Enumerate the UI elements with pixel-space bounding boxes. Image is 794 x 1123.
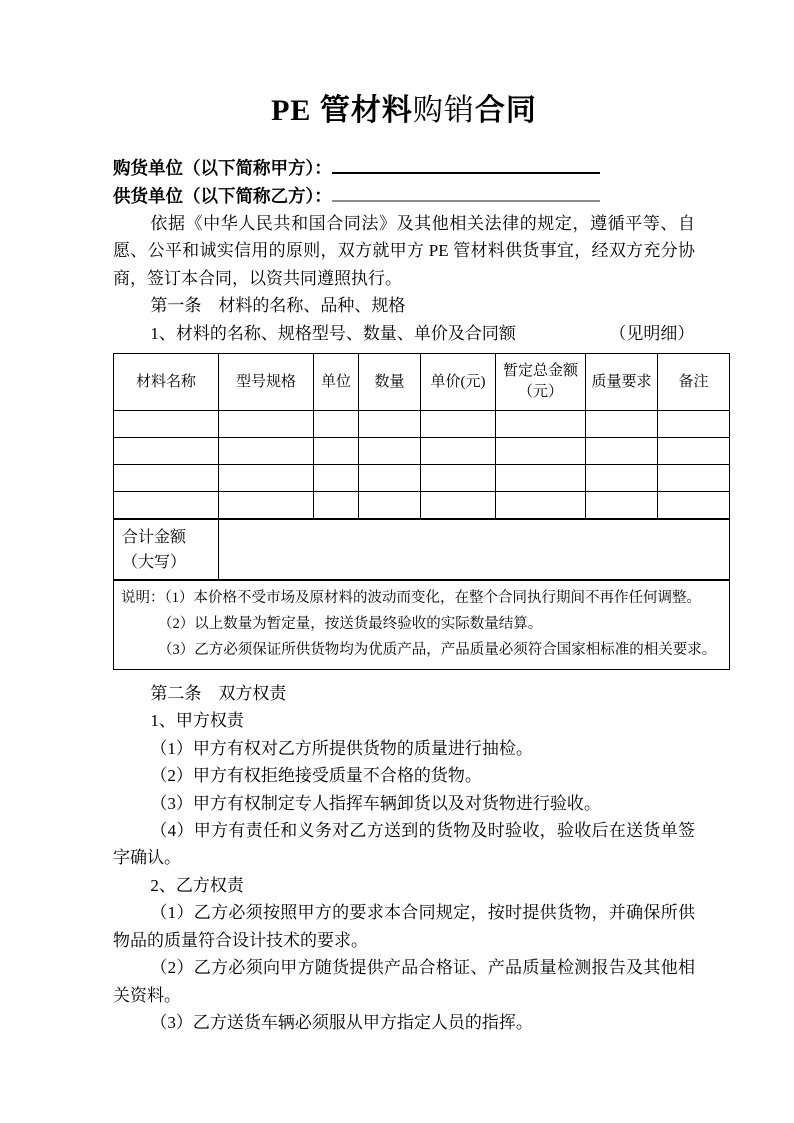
material-cell-blank[interactable]	[114, 492, 219, 520]
material-cell-blank[interactable]	[586, 411, 658, 438]
supplier-name-blank[interactable]	[332, 186, 600, 202]
material-cell-blank[interactable]	[219, 411, 314, 438]
table-notes-row: 说明：（1）本价格不受市场及原材料的波动而变化，在整个合同执行期间不再作任何调整…	[114, 580, 730, 670]
total-amount-row: 合计金额 （大写）	[114, 519, 730, 580]
material-cell-blank[interactable]	[114, 411, 219, 438]
title-part-light: 购销	[413, 94, 475, 127]
material-cell-blank[interactable]	[314, 492, 359, 520]
buyer-label: 购货单位（以下简称甲方）：	[113, 158, 332, 178]
section2-sub2-item: （2）乙方必须向甲方随货提供产品合格证、产品质量检测报告及其他相关资料。	[113, 954, 695, 1009]
material-cell-blank[interactable]	[114, 438, 219, 465]
section2-sub1-item: （4）甲方有责任和义务对乙方送到的货物及时验收，验收后在送货单签字确认。	[113, 817, 695, 872]
header-unit-price: 单价(元)	[421, 354, 496, 411]
section2: 第二条 双方权责 1、甲方权责 （1）甲方有权对乙方所提供货物的质量进行抽检。 …	[113, 680, 695, 1036]
materials-table: 材料名称 型号规格 单位 数量 单价(元) 暂定总金额 （元） 质量要求 备注	[113, 353, 730, 670]
material-cell-blank[interactable]	[219, 492, 314, 520]
section2-sub2-item: （3）乙方送货车辆必须服从甲方指定人员的指挥。	[113, 1009, 695, 1036]
header-unit: 单位	[314, 354, 359, 411]
table-row	[114, 492, 730, 520]
material-cell-blank[interactable]	[586, 438, 658, 465]
table-row	[114, 465, 730, 492]
material-cell-blank[interactable]	[421, 411, 496, 438]
material-cell-blank[interactable]	[314, 411, 359, 438]
material-cell-blank[interactable]	[658, 411, 730, 438]
preamble-paragraph: 依据《中华人民共和国合同法》及其他相关法律的规定，遵循平等、自愿、公平和诚实信用…	[113, 210, 695, 292]
material-cell-blank[interactable]	[421, 465, 496, 492]
material-cell-blank[interactable]	[314, 465, 359, 492]
material-cell-blank[interactable]	[586, 492, 658, 520]
header-remarks: 备注	[658, 354, 730, 411]
header-quantity: 数量	[359, 354, 421, 411]
material-cell-blank[interactable]	[359, 492, 421, 520]
material-cell-blank[interactable]	[421, 492, 496, 520]
contract-title: PE 管材料购销合同	[113, 90, 695, 132]
material-cell-blank[interactable]	[496, 438, 586, 465]
header-quality-requirement: 质量要求	[586, 354, 658, 411]
material-cell-blank[interactable]	[496, 465, 586, 492]
material-cell-blank[interactable]	[496, 411, 586, 438]
material-cell-blank[interactable]	[658, 492, 730, 520]
material-cell-blank[interactable]	[421, 438, 496, 465]
material-cell-blank[interactable]	[359, 411, 421, 438]
buyer-line: 购货单位（以下简称甲方）：	[113, 154, 695, 182]
header-material-name: 材料名称	[114, 354, 219, 411]
contract-page: PE 管材料购销合同 购货单位（以下简称甲方）： 供货单位（以下简称乙方）： 依…	[0, 0, 794, 1123]
material-cell-blank[interactable]	[219, 438, 314, 465]
supplier-line: 供货单位（以下简称乙方）：	[113, 182, 695, 210]
supplier-label: 供货单位（以下简称乙方）：	[113, 186, 332, 206]
material-cell-blank[interactable]	[658, 438, 730, 465]
section2-sub1-item: （3）甲方有权制定专人指挥车辆卸货以及对货物进行验收。	[113, 790, 695, 817]
note-2: （2）以上数量为暂定量，按送货最终验收的实际数量结算。	[121, 611, 723, 637]
header-provisional-total: 暂定总金额 （元）	[496, 354, 586, 411]
material-cell-blank[interactable]	[219, 465, 314, 492]
material-cell-blank[interactable]	[496, 492, 586, 520]
buyer-name-blank[interactable]	[332, 158, 600, 174]
material-cell-blank[interactable]	[114, 465, 219, 492]
section2-heading: 第二条 双方权责	[113, 680, 695, 707]
title-part-hei: 合同	[475, 94, 537, 127]
material-cell-blank[interactable]	[359, 465, 421, 492]
material-cell-blank[interactable]	[586, 465, 658, 492]
table-notes-cell: 说明：（1）本价格不受市场及原材料的波动而变化，在整个合同执行期间不再作任何调整…	[114, 580, 730, 670]
table-header-row: 材料名称 型号规格 单位 数量 单价(元) 暂定总金额 （元） 质量要求 备注	[114, 354, 730, 411]
table-row	[114, 411, 730, 438]
section1-heading: 第一条 材料的名称、品种、规格	[113, 292, 695, 319]
section1-item: 1、材料的名称、规格型号、数量、单价及合同额 （见明细）	[113, 320, 695, 347]
table-row	[114, 438, 730, 465]
section2-sub1-item: （1）甲方有权对乙方所提供货物的质量进行抽检。	[113, 735, 695, 762]
material-cell-blank[interactable]	[314, 438, 359, 465]
material-cell-blank[interactable]	[359, 438, 421, 465]
note-3: （3）乙方必须保证所供货物均为优质产品，产品质量必须符合国家相标准的相关要求。	[121, 637, 723, 663]
title-part-serif: PE 管材料	[271, 94, 413, 127]
section2-sub2-item: （1）乙方必须按照甲方的要求本合同规定，按时提供货物，并确保所供物品的质量符合设…	[113, 899, 695, 954]
total-amount-blank[interactable]	[219, 519, 730, 580]
section2-sub1-heading: 1、甲方权责	[113, 707, 695, 734]
header-model-spec: 型号规格	[219, 354, 314, 411]
section2-sub1-item: （2）甲方有权拒绝接受质量不合格的货物。	[113, 762, 695, 789]
note-1: 说明：（1）本价格不受市场及原材料的波动而变化，在整个合同执行期间不再作任何调整…	[121, 585, 723, 611]
section2-sub2-heading: 2、乙方权责	[113, 872, 695, 899]
total-amount-label: 合计金额 （大写）	[114, 519, 219, 580]
material-cell-blank[interactable]	[658, 465, 730, 492]
